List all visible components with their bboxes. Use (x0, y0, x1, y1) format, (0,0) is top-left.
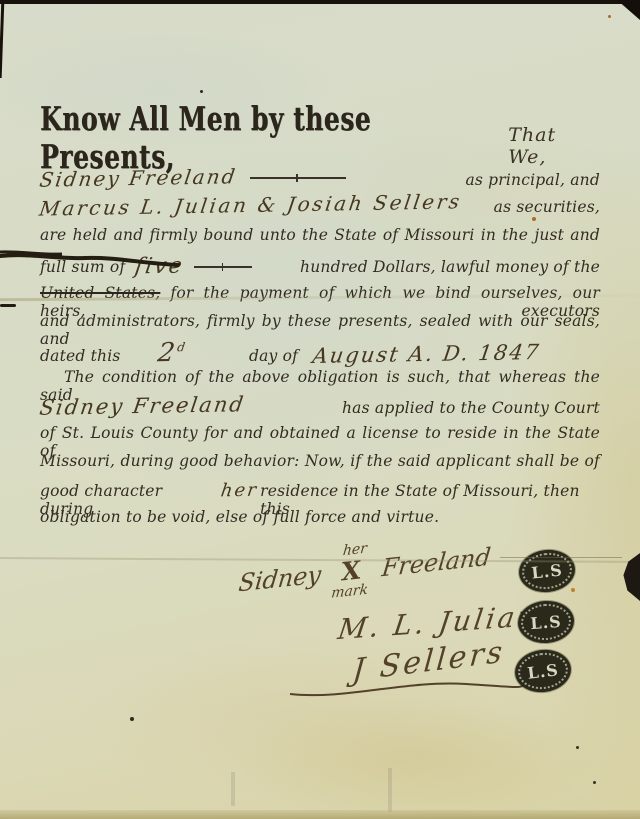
signature-julian: M. L. Julian (337, 599, 540, 646)
photo-edge-left (0, 0, 4, 78)
closing-line: obligation to be void, else of full forc… (40, 508, 600, 526)
date-day-number: 2 (155, 338, 178, 368)
principal-name: Sidney Freeland (38, 164, 238, 191)
blank-dash-sum (194, 266, 252, 268)
x-mark-group: her X mark (330, 542, 372, 601)
principal-label: as principal, and (465, 171, 600, 189)
foxing-speck-1 (130, 717, 134, 721)
heading-that-we: That We, (508, 124, 600, 168)
foxing-speck-2 (532, 217, 536, 221)
date-day: 2d (155, 338, 188, 368)
body-line-bound: are held and firmly bound unto the State… (40, 226, 600, 244)
line-securities: Marcus L. Julian & Josiah Sellers as sec… (40, 193, 600, 217)
date-month-year: August A. D. 1847 (311, 340, 542, 368)
tear-mark (0, 250, 180, 268)
securities-label: as securities, (494, 198, 600, 216)
foxing-speck-3 (571, 588, 575, 592)
sum-suffix: hundred Dollars, lawful money of the (300, 258, 600, 276)
applicant-applied: has applied to the County Court (342, 399, 600, 417)
document-paper: Know All Men by these Presents, That We,… (0, 0, 640, 819)
line-applicant: Sidney Freeland has applied to the Count… (40, 394, 600, 418)
stain-streak-2 (388, 768, 392, 812)
securities-names: Marcus L. Julian & Josiah Sellers (38, 189, 464, 220)
seal-1: L.S (517, 547, 577, 595)
applicant-name: Sidney Freeland (38, 392, 247, 420)
date-day-suffix: d (176, 340, 188, 354)
ls-monogram-2: L.S (530, 611, 563, 632)
date-prefix: dated this (40, 347, 121, 365)
signature-freeland-last: Freeland (380, 542, 492, 582)
foxing-speck-6 (200, 90, 203, 93)
stain-streak-1 (231, 772, 235, 806)
crease-line-low-right (500, 557, 622, 558)
x-mark: X (340, 557, 362, 584)
signature-flourish (286, 676, 530, 700)
mark-label: mark (330, 583, 368, 601)
foxing-speck-5 (593, 781, 596, 784)
pronoun-her: her (220, 480, 260, 502)
date-day-of: day of (249, 347, 298, 365)
signature-freeland: Sidney her X mark Freeland (236, 529, 493, 610)
foxing-speck-7 (608, 15, 611, 18)
her-label: her (342, 542, 367, 559)
condition-line-3: Missouri, during good behavior: Now, if … (40, 452, 600, 470)
photo-edge-bottom (0, 810, 640, 819)
tear-mark-small (0, 304, 16, 307)
photo-edge-top (0, 0, 640, 4)
signature-julian-text: M. L. Julian (336, 599, 541, 646)
line-date: dated this 2d day of August A. D. 1847 (40, 338, 600, 368)
foxing-speck-4 (576, 746, 579, 749)
blank-dash (250, 177, 346, 179)
ls-monogram-1: L.S (530, 560, 563, 582)
heading-blackletter: Know All Men by these Presents, (40, 99, 508, 176)
ls-monogram-3: L.S (526, 660, 559, 683)
signature-freeland-first: Sidney (237, 560, 322, 597)
line-principal: Sidney Freeland as principal, and (40, 166, 600, 190)
